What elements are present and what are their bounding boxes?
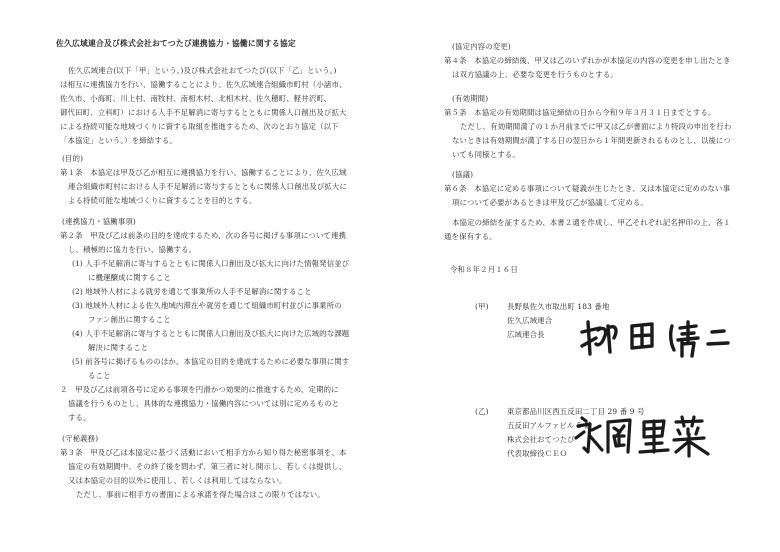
- article-line: ただし、事前に相手方の書面による承諾を得た場合はこの限りではない。: [60, 488, 347, 502]
- article-3-heading: (守秘義務): [62, 432, 98, 446]
- document-title: 佐久広域連合及び株式会社おてつたび連携協力・協働に関する協定: [56, 38, 296, 49]
- agreement-date: 令和８年２月１６日: [450, 263, 518, 277]
- article-line: は双方協議の上、必要な変更を行うものとする。: [444, 68, 731, 82]
- list-item: (5) 前各号に掲げるもののほか、本協定の目的を達成するために必要な事項に関す: [72, 355, 349, 369]
- closing-line: 通を保有する。: [444, 230, 731, 244]
- article-2-items: (1) 人手不足解消に寄与するとともに関係人口創出及び拡大に向けた情報発信並び …: [72, 257, 349, 383]
- article-1-heading: (目的): [62, 152, 83, 166]
- article-line: ただし、有効期間満了の１か月前までに甲又は乙が書面により特段の申出を行わ: [444, 120, 731, 134]
- article-line: し、積極的に協力を行い、協働する。: [60, 243, 346, 257]
- preamble-line: 佐久広域連合(以下「甲」という。)及び株式会社おてつたび(以下「乙」という。): [60, 64, 347, 78]
- closing-line: 本協定の締結を証するため、本書２通を作成し、甲乙それぞれ記名押印の上、各１: [444, 216, 731, 230]
- preamble-line: 佐久市、小海町、川上村、南牧村、南相木村、北相木村、佐久穂町、軽井沢町、: [60, 92, 347, 106]
- list-item: (2) 地域外人材による就労を通じて事業所の人手不足解消に関すること: [72, 285, 349, 299]
- preamble-line: による持続可能な地域づくりに資する取組を推進するため、次のとおり協定（以下: [60, 120, 347, 134]
- article-line: 連合組織市町村における人手不足解消に寄与するとともに関係人口創出及び拡大に: [60, 180, 347, 194]
- document-page-right: (協定内容の変更) 第４条 本協定の締結後、甲又は乙のいずれかが本協定の内容の変…: [390, 0, 780, 552]
- preamble-line: は相互に連携協力を行い、協働することにより、佐久広域連合組織市町村（小諸市、: [60, 78, 347, 92]
- document-page-left: 佐久広域連合及び株式会社おてつたび連携協力・協働に関する協定 佐久広域連合(以下…: [0, 0, 390, 552]
- preamble-line: 御代田町、立科町）における人手不足解消に寄与するとともに関係人口創出及び拡大: [60, 106, 347, 120]
- article-line: 又は本協定の目的以外に使用し、若しくは利用してはならない。: [60, 474, 347, 488]
- preamble-line: 「本協定」という。）を締結する。: [60, 134, 347, 148]
- preamble: 佐久広域連合(以下「甲」という。)及び株式会社おてつたび(以下「乙」という。) …: [60, 64, 347, 148]
- article-line: 項について必要があるときは甲及び乙が協議して定める。: [444, 196, 730, 210]
- list-item: (4) 人手不足解消に寄与するとともに関係人口創出及び拡大に向けた広域的な課題: [72, 327, 349, 341]
- party-b-label: (乙): [475, 405, 489, 419]
- list-item-cont: に機運醸成に関すること: [72, 271, 349, 285]
- article-3-body: 第３条 甲及び乙は本協定に基づく活動において相手方から知り得た秘密事項を、本 協…: [60, 446, 347, 502]
- list-item-cont: 解決に関すること: [72, 341, 349, 355]
- article-line: 第２条 甲及び乙は前条の目的を達成するため、次の各号に掲げる事項について連携: [60, 229, 346, 243]
- article-line: 第４条 本協定の締結後、甲又は乙のいずれかが本協定の内容の変更を申し出たとき: [444, 54, 731, 68]
- article-line: 第１条 本協定は甲及び乙が相互に連携協力を行い、協働することにより、佐久広域: [60, 166, 347, 180]
- article-line: する。: [60, 411, 339, 425]
- article-line: 協議を行うものとし、具体的な連携協力・協働内容については別に定めるものと: [60, 397, 339, 411]
- article-4-heading: (協定内容の変更): [452, 40, 511, 54]
- article-6-heading: (協議): [452, 168, 473, 182]
- article-2-paragraph-2: ２ 甲及び乙は前項各号に定める事項を円滑かつ効果的に推進するため、定期的に 協議…: [60, 383, 339, 425]
- list-item: (3) 地域外人材による佐久地域内滞在や就労を通じて組織市町村並びに事業所の: [72, 299, 349, 313]
- article-line: ないときは有効期間が満了する日の翌日から１年間更新されるものとし、以後につ: [444, 134, 731, 148]
- article-2-heading: (連携協力・協働事項): [62, 215, 136, 229]
- article-line: よる持続可能な地域づくりに資することを目的とする。: [60, 194, 347, 208]
- closing-statement: 本協定の締結を証するため、本書２通を作成し、甲乙それぞれ記名押印の上、各１ 通を…: [444, 216, 731, 244]
- article-5-heading: (有効期間): [452, 92, 488, 106]
- article-1-body: 第１条 本協定は甲及び乙が相互に連携協力を行い、協働することにより、佐久広域 連…: [60, 166, 347, 208]
- party-a-signature: [578, 312, 738, 362]
- article-line: いても同様とする。: [444, 148, 731, 162]
- list-item-cont: ること: [72, 369, 349, 383]
- list-item-cont: ファン創出に関すること: [72, 313, 349, 327]
- article-line: 協定の有効期間中、その終了後を問わず、第三者に対し開示し、若しくは提供し、: [60, 460, 347, 474]
- article-5-body: 第５条 本協定の有効期間は協定締結の日から令和９年３月３１日までとする。 ただし…: [444, 106, 731, 162]
- party-a-label: (甲): [475, 300, 489, 314]
- article-6-body: 第６条 本協定に定める事項について疑義が生じたとき、又は本協定に定めのない事 項…: [444, 182, 730, 210]
- article-line: 第５条 本協定の有効期間は協定締結の日から令和９年３月３１日までとする。: [444, 106, 731, 120]
- list-item: (1) 人手不足解消に寄与するとともに関係人口創出及び拡大に向けた情報発信並び: [72, 257, 349, 271]
- article-line: ２ 甲及び乙は前項各号に定める事項を円滑かつ効果的に推進するため、定期的に: [60, 383, 339, 397]
- party-b-signature: [572, 412, 712, 460]
- article-line: 第６条 本協定に定める事項について疑義が生じたとき、又は本協定に定めのない事: [444, 182, 730, 196]
- article-line: 第３条 甲及び乙は本協定に基づく活動において相手方から知り得た秘密事項を、本: [60, 446, 347, 460]
- article-2-body: 第２条 甲及び乙は前条の目的を達成するため、次の各号に掲げる事項について連携 し…: [60, 229, 346, 257]
- article-4-body: 第４条 本協定の締結後、甲又は乙のいずれかが本協定の内容の変更を申し出たとき は…: [444, 54, 731, 82]
